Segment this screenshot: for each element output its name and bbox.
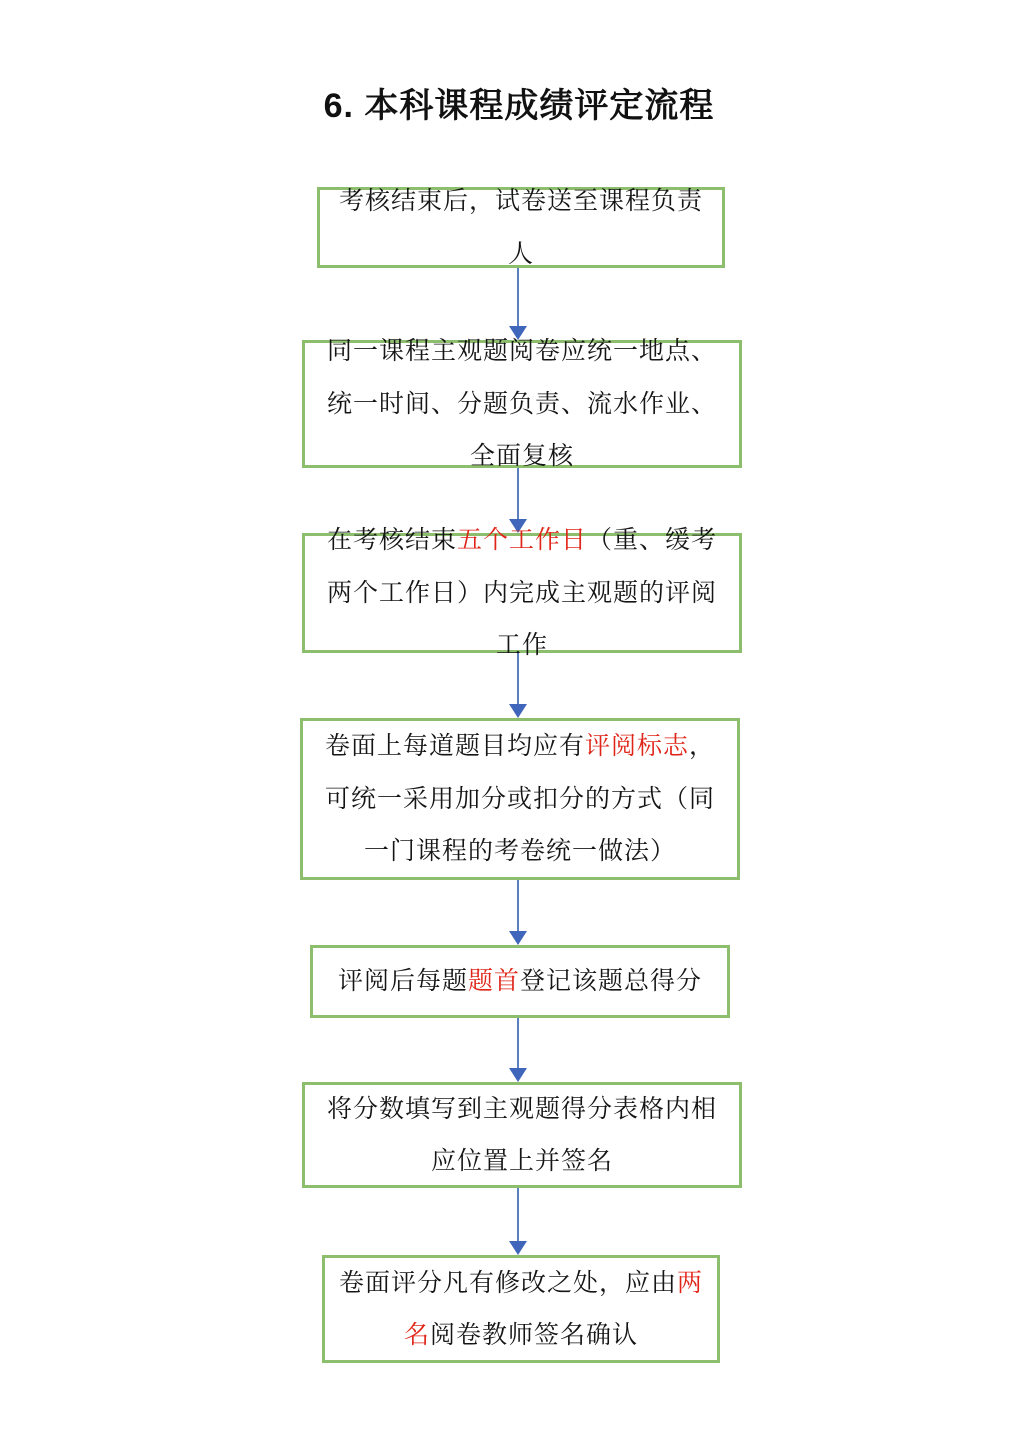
step-text-segment: 登记该题总得分 [520,967,702,995]
page-title: 6. 本科课程成绩评定流程 [0,78,1024,127]
step-text: 卷面评分凡有修改之处，应由两名阅卷教师签名确认 [335,1257,707,1362]
flow-arrow-3 [509,653,527,718]
arrow-down-icon [509,1068,527,1082]
step-text-segment: 同一课程主观题阅卷应统一地点、统一时间、分题负责、流水作业、全面复核 [327,337,717,470]
step-text-segment: 考核结束后，试卷送至课程负责人 [339,187,703,268]
arrow-down-icon [509,1241,527,1255]
step-text-segment: 评阅后每题 [338,967,468,995]
flow-step-exam-papers-delivery: 考核结束后，试卷送至课程负责人 [317,187,725,268]
arrow-down-icon [509,931,527,945]
arrow-shaft [517,268,519,327]
step-text: 在考核结束五个工作日（重、缓考两个工作日）内完成主观题的评阅工作 [315,514,729,672]
step-text: 将分数填写到主观题得分表格内相应位置上并签名 [315,1083,729,1188]
step-text: 同一课程主观题阅卷应统一地点、统一时间、分题负责、流水作业、全面复核 [315,325,729,483]
step-text-segment: 卷面评分凡有修改之处，应由 [339,1269,677,1297]
arrow-shaft [517,468,519,520]
step-text: 卷面上每道题目均应有评阅标志，可统一采用加分或扣分的方式（同一门课程的考卷统一做… [313,720,727,878]
flow-step-grading-marks-requirement: 卷面上每道题目均应有评阅标志，可统一采用加分或扣分的方式（同一门课程的考卷统一做… [300,718,740,880]
arrow-shaft [517,653,519,705]
arrow-shaft [517,1188,519,1242]
step-text-segment: 在考核结束 [327,526,457,554]
flow-arrow-5 [509,1018,527,1082]
flow-step-modification-confirmation: 卷面评分凡有修改之处，应由两名阅卷教师签名确认 [322,1255,720,1363]
flow-step-grading-deadline: 在考核结束五个工作日（重、缓考两个工作日）内完成主观题的评阅工作 [302,533,742,653]
step-text-segment: 卷面上每道题目均应有 [325,732,585,760]
step-text-highlight: 五个工作日 [457,526,587,554]
flow-step-fill-score-table-sign: 将分数填写到主观题得分表格内相应位置上并签名 [302,1082,742,1188]
flow-arrow-4 [509,880,527,945]
step-text-highlight: 评阅标志 [585,732,689,760]
step-text-segment: 阅卷教师签名确认 [430,1321,638,1349]
arrow-shaft [517,880,519,932]
step-text-highlight: 题首 [468,967,520,995]
flow-step-unified-grading-rules: 同一课程主观题阅卷应统一地点、统一时间、分题负责、流水作业、全面复核 [302,340,742,468]
step-text: 评阅后每题题首登记该题总得分 [338,955,702,1008]
step-text: 考核结束后，试卷送至课程负责人 [330,175,712,280]
flow-step-record-question-score: 评阅后每题题首登记该题总得分 [310,945,730,1018]
step-text-segment: 将分数填写到主观题得分表格内相应位置上并签名 [327,1095,717,1176]
flowchart-page: 6. 本科课程成绩评定流程 考核结束后，试卷送至课程负责人 同一课程主观题阅卷应… [0,0,1024,1448]
flow-arrow-6 [509,1188,527,1255]
arrow-down-icon [509,704,527,718]
arrow-shaft [517,1018,519,1069]
